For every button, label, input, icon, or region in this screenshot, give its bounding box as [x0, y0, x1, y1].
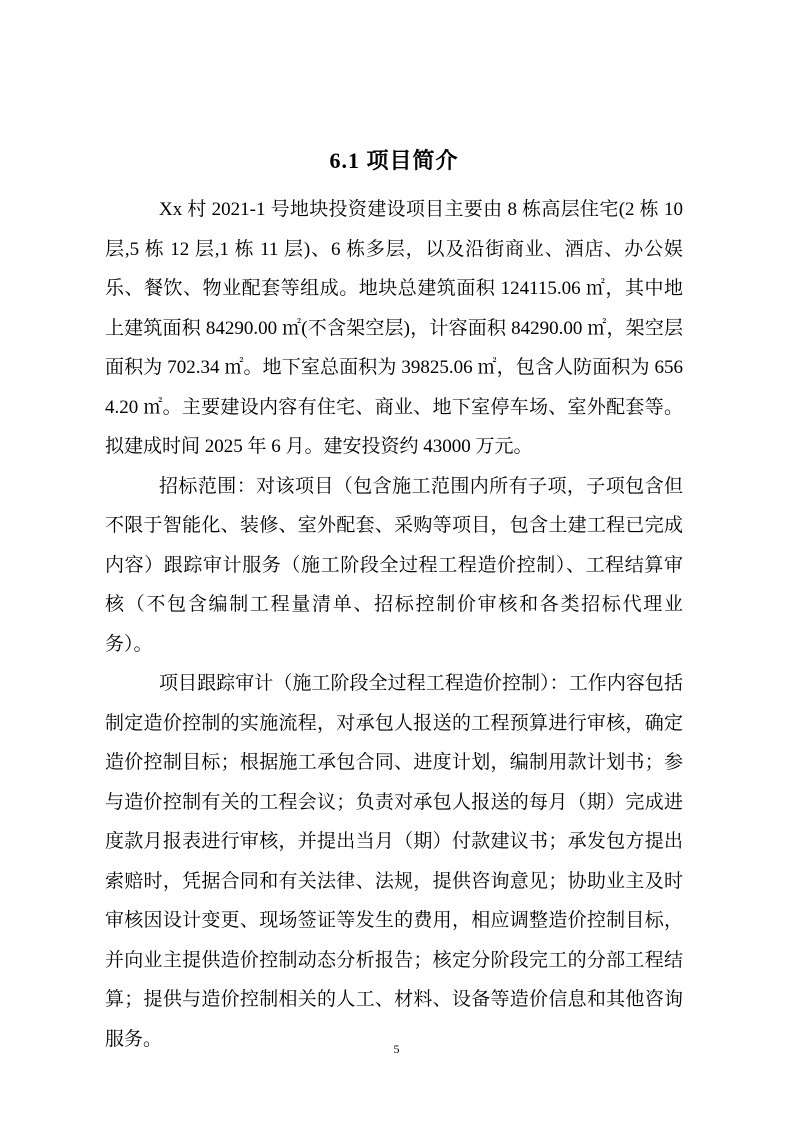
paragraph-bidding-scope: 招标范围：对该项目（包含施工范围内所有子项，子项包含但不限于智能化、装修、室外配…: [105, 467, 683, 665]
section-title: 6.1 项目简介: [0, 0, 793, 176]
paragraph-project-overview: Xx 村 2021-1 号地块投资建设项目主要由 8 栋高层住宅(2 栋 10 …: [105, 190, 683, 467]
page-number: 5: [0, 1042, 793, 1056]
document-body: Xx 村 2021-1 号地块投资建设项目主要由 8 栋高层住宅(2 栋 10 …: [0, 176, 793, 1059]
document-page: 6.1 项目简介 Xx 村 2021-1 号地块投资建设项目主要由 8 栋高层住…: [0, 0, 793, 1122]
paragraph-tracking-audit: 项目跟踪审计（施工阶段全过程工程造价控制）：工作内容包括制定造价控制的实施流程，…: [105, 664, 683, 1059]
